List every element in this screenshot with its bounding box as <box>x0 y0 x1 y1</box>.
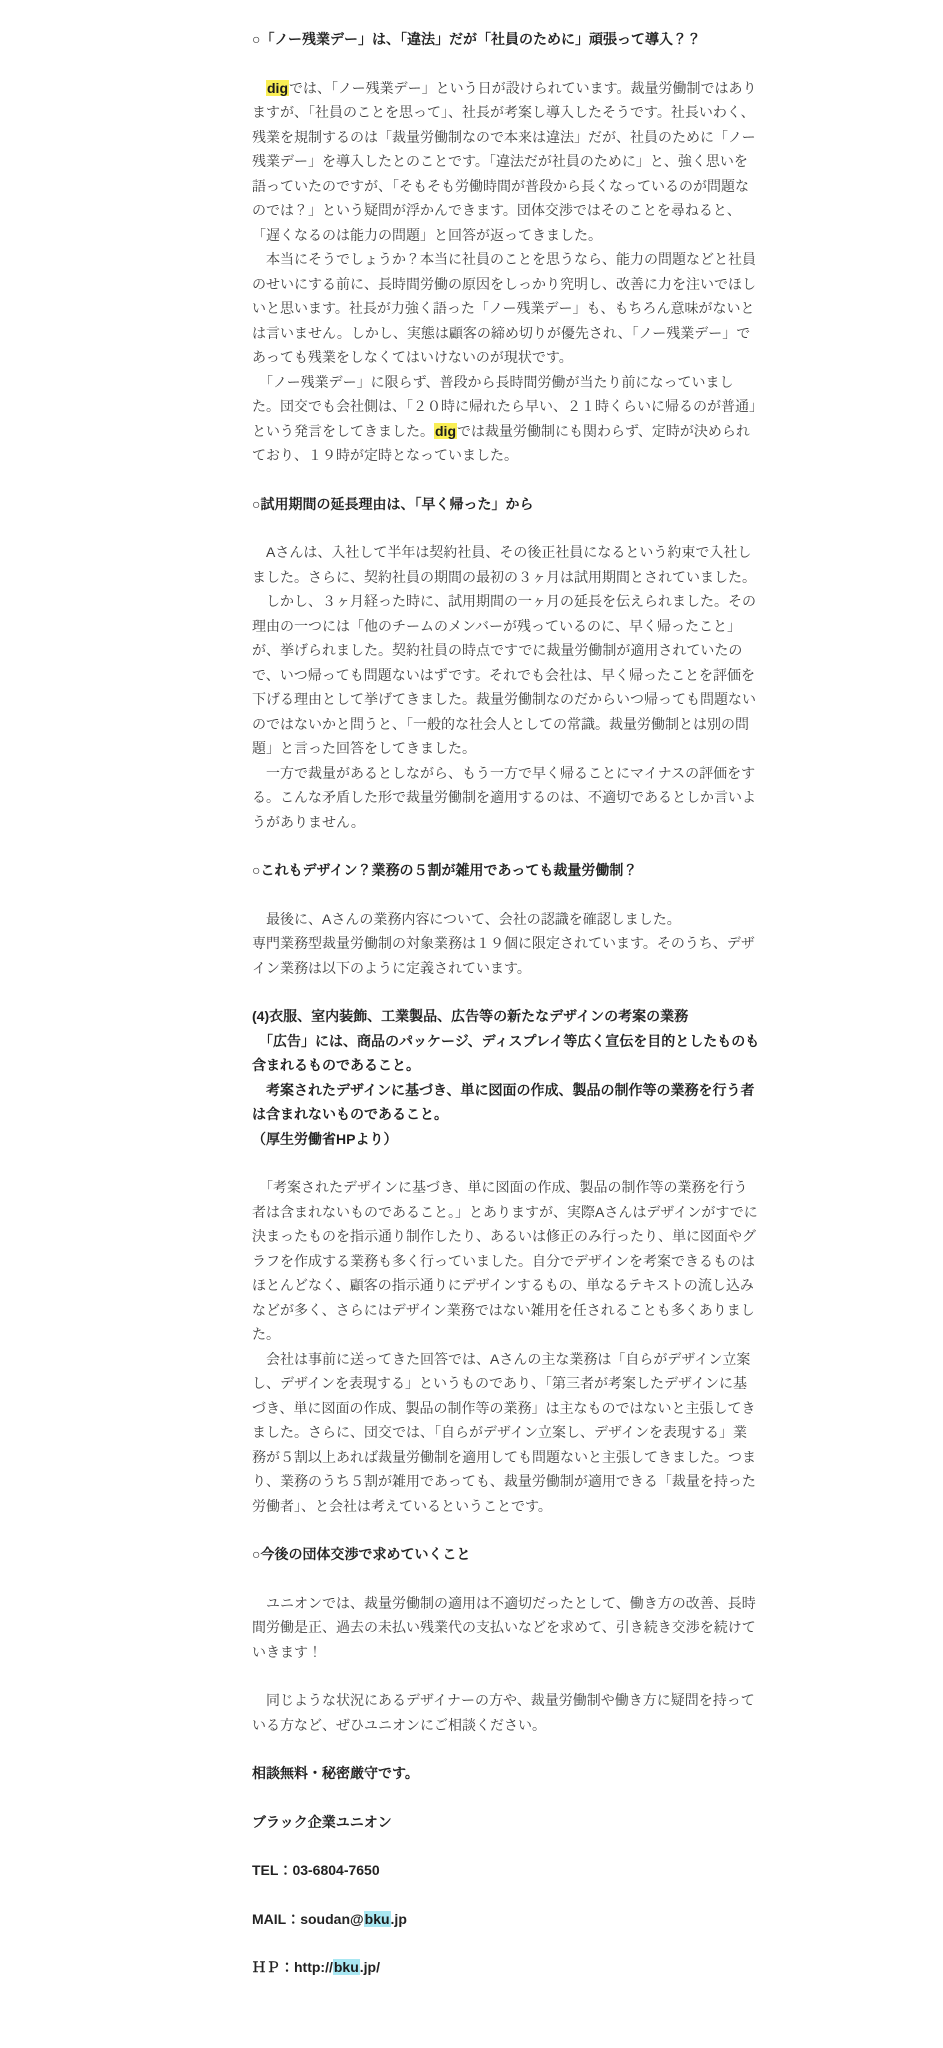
highlight-dig: dig <box>434 423 457 439</box>
para-union-demands: ユニオンでは、裁量労働制の適用は不適切だったとして、働き方の改善、長時間労働是正… <box>252 1591 760 1665</box>
hp-line: ＨＰ：http://bku.jp/ <box>252 1955 760 1980</box>
highlight-bku: bku <box>333 1959 360 1975</box>
highlight-bku: bku <box>364 1911 391 1927</box>
para-actual-work-content: 「考案されたデザインに基づき、単に図面の作成、製品の制作等の業務を行う者は含まれ… <box>252 1175 760 1518</box>
para-no-overtime-day: digでは、「ノー残業デー」という日が設けられています。裁量労働制ではありますが… <box>252 76 760 468</box>
para-probation-extension: Aさんは、入社して半年は契約社員、その後正社員になるという約束で入社しました。さ… <box>252 540 760 834</box>
para-work-definition-intro: 最後に、Aさんの業務内容について、会社の認識を確認しました。 専門業務型裁量労働… <box>252 907 760 981</box>
heading-future-negotiation: ○今後の団体交渉で求めていくこと <box>252 1542 760 1567</box>
heading-design-miscellaneous-work: ○これもデザイン？業務の５割が雑用であっても裁量労働制？ <box>252 858 760 883</box>
page: ○「ノー残業デー」は、「違法」だが「社員のために」頑張って導入？？ digでは、… <box>0 0 943 2048</box>
union-name: ブラック企業ユニオン <box>252 1810 760 1835</box>
article: ○「ノー残業デー」は、「違法」だが「社員のために」頑張って導入？？ digでは、… <box>252 27 760 2004</box>
mail-line: MAIL：soudan@bku.jp <box>252 1907 760 1932</box>
heading-no-overtime-day: ○「ノー残業デー」は、「違法」だが「社員のために」頑張って導入？？ <box>252 27 760 52</box>
highlight-dig: dig <box>266 80 289 96</box>
consultation-note: 相談無料・秘密厳守です。 <box>252 1761 760 1786</box>
para-call-for-consultation: 同じような状況にあるデザイナーの方や、裁量労働制や働き方に疑問を持っている方など… <box>252 1688 760 1737</box>
quote-mhlw-design-definition: (4)衣服、室内装飾、工業製品、広告等の新たなデザインの考案の業務 「広告」には… <box>252 1004 760 1151</box>
tel-line: TEL：03-6804-7650 <box>252 1858 760 1883</box>
heading-probation-extension: ○試用期間の延長理由は、「早く帰った」から <box>252 492 760 517</box>
